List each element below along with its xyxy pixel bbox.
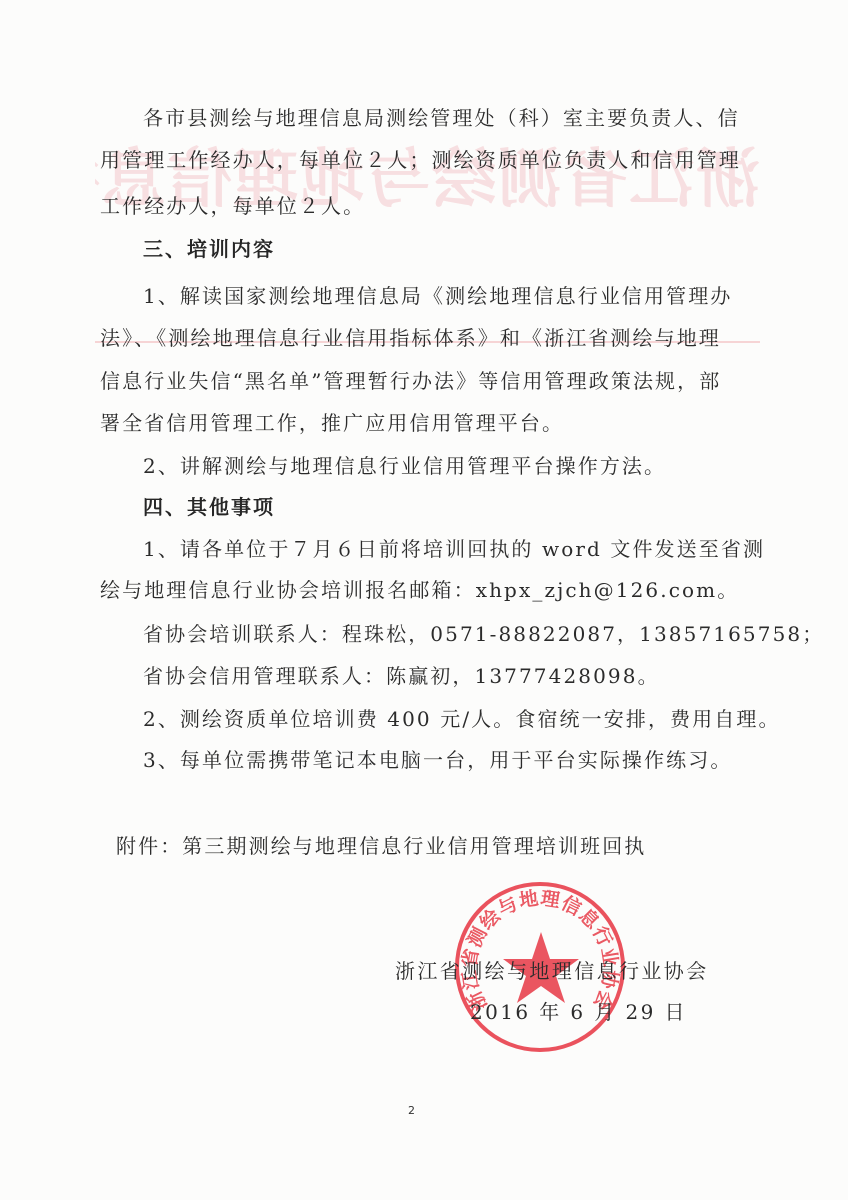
- paragraph-content-1-line-1: 1、解读国家测绘地理信息局《测绘地理信息行业信用管理办: [143, 284, 783, 308]
- attachment-note: 附件：第三期测绘与地理信息行业信用管理培训班回执: [116, 834, 756, 858]
- paragraph-other-1-line-2: 绘与地理信息行业协会培训报名邮箱：xhpx_zjch@126.com。: [100, 578, 740, 602]
- paragraph-other-3: 3、每单位需携带笔记本电脑一台，用于平台实际操作练习。: [143, 748, 783, 772]
- paragraph-content-1-line-4: 署全省信用管理工作，推广应用信用管理平台。: [100, 411, 740, 435]
- contact-credit: 省协会信用管理联系人：陈赢初，13777428098。: [143, 664, 783, 688]
- paragraph-content-1-line-3: 信息行业失信“黑名单”管理暂行办法》等信用管理政策法规，部: [100, 369, 740, 393]
- paragraph-content-2: 2、讲解测绘与地理信息行业信用管理平台操作方法。: [143, 454, 783, 478]
- paragraph-attendees-line-2: 用管理工作经办人，每单位２人；测绘资质单位负责人和信用管理: [100, 148, 740, 172]
- paragraph-attendees-line-3: 工作经办人，每单位２人。: [100, 194, 740, 218]
- paragraph-other-1-line-1: 1、请各单位于７月６日前将培训回执的 word 文件发送至省测: [143, 537, 783, 561]
- document-page: 浙江省测绘与地理信息行业协会文件 各市县测绘与地理信息局测绘管理处（科）室主要负…: [0, 0, 848, 1200]
- paragraph-attendees-line-1: 各市县测绘与地理信息局测绘管理处（科）室主要负责人、信: [143, 106, 783, 130]
- contact-training: 省协会培训联系人：程珠松，0571-88822087，13857165758；: [143, 622, 783, 646]
- paragraph-other-2: 2、测绘资质单位培训费 400 元/人。食宿统一安排，费用自理。: [143, 707, 783, 731]
- signature-date: 2016 年 6 月 29 日: [470, 1000, 687, 1024]
- section-heading-other-matters: 四、其他事项: [143, 495, 783, 519]
- page-number: 2: [408, 1104, 415, 1117]
- signature-organization: 浙江省测绘与地理信息行业协会: [395, 959, 709, 983]
- paragraph-content-1-line-2: 法》、《测绘地理信息行业信用指标体系》和《浙江省测绘与地理: [100, 326, 740, 350]
- section-heading-training-content: 三、培训内容: [143, 237, 783, 261]
